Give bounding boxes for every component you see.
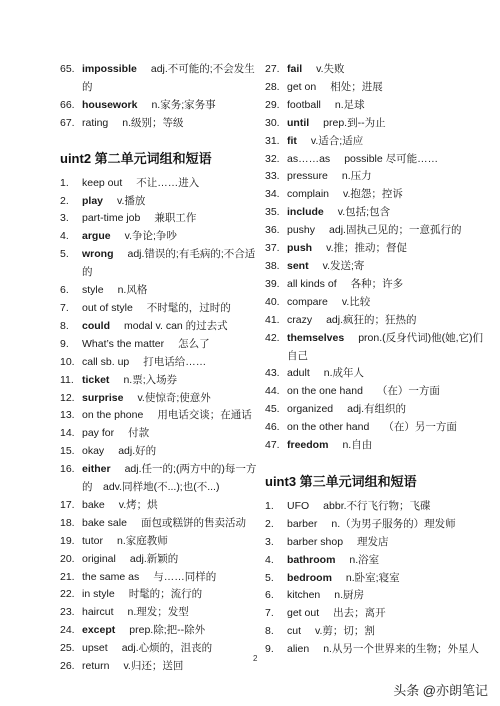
item-body: keep out不让……进入 <box>82 175 260 193</box>
item-body: all kinds of各种；许多 <box>287 276 485 294</box>
vocab-item: 11.ticketn.票;入场券 <box>60 372 260 390</box>
vocab-word: bake sale <box>82 517 127 529</box>
vocab-item: 36.pushyadj.固执己见的；一意孤行的 <box>265 222 485 240</box>
vocab-item: 42.themselvespron.(反身代词)他(她,它)们自己 <box>265 330 485 366</box>
item-body: out of style不时髦的，过时的 <box>82 300 260 318</box>
item-number: 17. <box>60 497 82 515</box>
item-body: the same as与……同样的 <box>82 569 260 587</box>
item-body: on the other hand（在）另一方面 <box>287 419 485 437</box>
vocab-word: include <box>287 206 324 218</box>
vocab-item: 20.originaladj.新颖的 <box>60 551 260 569</box>
item-number: 41. <box>265 312 287 330</box>
vocab-definition: v.包括;包含 <box>338 206 390 218</box>
vocab-item: 7.out of style不时髦的，过时的 <box>60 300 260 318</box>
item-number: 34. <box>265 186 287 204</box>
vocab-item: 8.cutv.剪；切；割 <box>265 623 485 641</box>
item-number: 16. <box>60 461 82 497</box>
vocab-item: 66.houseworkn.家务;家务事 <box>60 97 260 115</box>
vocab-item: 21.the same as与……同样的 <box>60 569 260 587</box>
item-body: playv.播放 <box>82 193 260 211</box>
item-body: as……aspossible 尽可能…… <box>287 151 485 169</box>
item-body: comparev.比较 <box>287 294 485 312</box>
item-body: originaladj.新颖的 <box>82 551 260 569</box>
vocab-item: 44.on the one hand（在）一方面 <box>265 383 485 401</box>
item-body: on the phone用电话交谈；在通话 <box>82 407 260 425</box>
vocab-word: tutor <box>82 535 103 547</box>
unit2-list: 1.keep out不让……进入2.playv.播放3.part-time jo… <box>60 175 260 676</box>
vocab-item: 25.upsetadj.心烦的，沮丧的 <box>60 640 260 658</box>
vocab-word: crazy <box>287 314 312 326</box>
vocab-definition: v.适合;适应 <box>311 135 363 147</box>
vocab-item: 32.as……aspossible 尽可能…… <box>265 151 485 169</box>
item-number: 7. <box>60 300 82 318</box>
vocab-item: 12.surprisev.使惊奇;使意外 <box>60 390 260 408</box>
vocab-definition: 兼职工作 <box>154 212 196 224</box>
vocab-item: 22.in style时髦的；流行的 <box>60 586 260 604</box>
vocab-definition: prep.到--为止 <box>323 117 385 129</box>
item-number: 26. <box>60 658 82 676</box>
vocab-item: 9.What’s the matter怎么了 <box>60 336 260 354</box>
vocab-item: 18.bake sale面包或糕饼的售卖活动 <box>60 515 260 533</box>
vocab-definition: adj.固执己见的；一意孤行的 <box>329 224 461 236</box>
vocab-item: 28.get on相处；进展 <box>265 79 485 97</box>
vocab-item: 43.adultn.成年人 <box>265 365 485 383</box>
item-number: 7. <box>265 605 287 623</box>
vocab-word: pay for <box>82 427 114 439</box>
item-number: 25. <box>60 640 82 658</box>
item-number: 66. <box>60 97 82 115</box>
vocab-item: 39.all kinds of各种；许多 <box>265 276 485 294</box>
vocab-item: 65.impossibleadj.不可能的;不会发生的 <box>60 61 260 97</box>
vocab-item: 67.ratingn.级别；等级 <box>60 115 260 133</box>
vocab-item: 5.wrongadj.错误的;有毛病的;不合适的 <box>60 246 260 282</box>
vocab-definition: abbr.不行飞行物；飞碟 <box>323 500 430 512</box>
vocab-word: compare <box>287 296 328 308</box>
vocab-definition: n.（为男子服务的）理发师 <box>331 518 455 530</box>
right-column: 27.failv.失败28.get on相处；进展29.footballn.足球… <box>265 61 485 659</box>
vocab-word: pressure <box>287 170 328 182</box>
item-body: cutv.剪；切；割 <box>287 623 485 641</box>
item-number: 8. <box>60 318 82 336</box>
item-number: 6. <box>60 282 82 300</box>
item-number: 37. <box>265 240 287 258</box>
item-body: pressuren.压力 <box>287 168 485 186</box>
vocab-word: freedom <box>287 439 328 451</box>
vocab-definition: n.自由 <box>342 439 372 451</box>
vocab-item: 29.footballn.足球 <box>265 97 485 115</box>
vocab-word: rating <box>82 117 108 129</box>
vocab-definition: adj.疯狂的；狂热的 <box>326 314 416 326</box>
vocab-item: 27.failv.失败 <box>265 61 485 79</box>
vocab-item: 6.kitchenn.厨房 <box>265 587 485 605</box>
vocab-definition: n.压力 <box>342 170 372 182</box>
item-body: sentv.发送;寄 <box>287 258 485 276</box>
vocab-item: 14.pay for付款 <box>60 425 260 443</box>
vocab-item: 35.includev.包括;包含 <box>265 204 485 222</box>
vocab-item: 2.barbern.（为男子服务的）理发师 <box>265 516 485 534</box>
item-number: 39. <box>265 276 287 294</box>
item-body: arguev.争论;争吵 <box>82 228 260 246</box>
vocab-word: barber shop <box>287 536 343 548</box>
vocab-word: style <box>82 284 104 296</box>
vocab-item: 34.complainv.抱怨；控诉 <box>265 186 485 204</box>
vocab-definition: 与……同样的 <box>153 571 216 583</box>
item-body: alienn.从另一个世界来的生物；外星人 <box>287 641 485 659</box>
vocab-definition: n.理发；发型 <box>128 606 189 618</box>
vocab-word: as……as <box>287 153 330 165</box>
vocab-item: 2.playv.播放 <box>60 193 260 211</box>
item-body: houseworkn.家务;家务事 <box>82 97 260 115</box>
item-number: 5. <box>265 570 287 588</box>
item-body: bedroomn.卧室;寝室 <box>287 570 485 588</box>
vocab-word: on the one hand <box>287 385 363 397</box>
item-number: 9. <box>265 641 287 659</box>
vocab-word: except <box>82 624 115 636</box>
item-number: 4. <box>265 552 287 570</box>
item-number: 11. <box>60 372 82 390</box>
vocab-definition: n.从另一个世界来的生物；外星人 <box>323 643 479 655</box>
item-body: bake sale面包或糕饼的售卖活动 <box>82 515 260 533</box>
vocab-item: 8.couldmodal v. can 的过去式 <box>60 318 260 336</box>
vocab-word: pushy <box>287 224 315 236</box>
vocab-definition: （在）另一方面 <box>383 421 457 433</box>
item-body: failv.失败 <box>287 61 485 79</box>
item-body: What’s the matter怎么了 <box>82 336 260 354</box>
vocab-definition: v.烤；烘 <box>119 499 158 511</box>
item-body: in style时髦的；流行的 <box>82 586 260 604</box>
vocab-definition: n.成年人 <box>324 367 364 379</box>
vocab-item: 31.fitv.适合;适应 <box>265 133 485 151</box>
vocab-definition: adj.好的 <box>118 445 156 457</box>
item-number: 42. <box>265 330 287 366</box>
vocab-item: 24.exceptprep.除;把--除外 <box>60 622 260 640</box>
vocab-item: 33.pressuren.压力 <box>265 168 485 186</box>
vocab-definition: n.足球 <box>335 99 365 111</box>
vocab-definition: n.级别；等级 <box>122 117 183 129</box>
item-number: 43. <box>265 365 287 383</box>
vocab-item: 5.bedroomn.卧室;寝室 <box>265 570 485 588</box>
item-body: pay for付款 <box>82 425 260 443</box>
vocab-definition: n.卧室;寝室 <box>346 572 400 584</box>
vocab-word: bake <box>82 499 105 511</box>
vocab-definition: 用电话交谈；在通话 <box>157 409 252 421</box>
vocab-word: sent <box>287 260 309 272</box>
item-body: bathroomn.浴室 <box>287 552 485 570</box>
vocab-definition: 相处；进展 <box>330 81 383 93</box>
item-number: 24. <box>60 622 82 640</box>
vocab-definition: n.厨房 <box>334 589 364 601</box>
vocab-item: 7.get out出去；离开 <box>265 605 485 623</box>
item-body: okayadj.好的 <box>82 443 260 461</box>
item-body: footballn.足球 <box>287 97 485 115</box>
item-number: 23. <box>60 604 82 622</box>
vocab-word: wrong <box>82 248 114 260</box>
vocab-definition: modal v. can 的过去式 <box>124 320 228 332</box>
vocab-item: 47.freedomn.自由 <box>265 437 485 455</box>
vocab-definition: v.抱怨；控诉 <box>343 188 403 200</box>
vocab-definition: 不时髦的，过时的 <box>147 302 231 314</box>
section-heading-unit2: uint2 第二单元词组和短语 <box>60 150 260 168</box>
vocab-item: 37.pushv.推；推动；督促 <box>265 240 485 258</box>
item-number: 28. <box>265 79 287 97</box>
item-number: 32. <box>265 151 287 169</box>
item-number: 15. <box>60 443 82 461</box>
item-body: fitv.适合;适应 <box>287 133 485 151</box>
vocab-word: organized <box>287 403 333 415</box>
item-number: 20. <box>60 551 82 569</box>
item-body: bakev.烤；烘 <box>82 497 260 515</box>
item-body: impossibleadj.不可能的;不会发生的 <box>82 61 260 97</box>
vocab-definition: n.家庭教师 <box>117 535 168 547</box>
vocab-word: alien <box>287 643 309 655</box>
item-number: 27. <box>265 61 287 79</box>
section-heading-unit3: uint3 第三单元词组和短语 <box>265 473 485 491</box>
item-number: 67. <box>60 115 82 133</box>
item-number: 2. <box>60 193 82 211</box>
item-number: 5. <box>60 246 82 282</box>
vocab-item: 9.alienn.从另一个世界来的生物；外星人 <box>265 641 485 659</box>
item-number: 44. <box>265 383 287 401</box>
item-number: 12. <box>60 390 82 408</box>
vocab-word: argue <box>82 230 111 242</box>
vocab-definition: 打电话给…… <box>143 356 206 368</box>
item-body: UFOabbr.不行飞行物；飞碟 <box>287 498 485 516</box>
vocab-word: call sb. up <box>82 356 129 368</box>
item-number: 2. <box>265 516 287 534</box>
vocab-word: housework <box>82 99 137 111</box>
item-body: returnv.归还；送回 <box>82 658 260 676</box>
vocab-definition: v.争论;争吵 <box>125 230 177 242</box>
item-body: get on相处；进展 <box>287 79 485 97</box>
vocab-item: 16.eitheradj.任一的;(两方中的)每一方的 adv.同样地(不...… <box>60 461 260 497</box>
item-body: includev.包括;包含 <box>287 204 485 222</box>
vocab-word: return <box>82 660 109 672</box>
vocab-item: 15.okayadj.好的 <box>60 443 260 461</box>
left-column: 65.impossibleadj.不可能的;不会发生的66.houseworkn… <box>60 61 260 676</box>
item-number: 3. <box>265 534 287 552</box>
vocab-word: adult <box>287 367 310 379</box>
vocab-item: 4.arguev.争论;争吵 <box>60 228 260 246</box>
item-number: 21. <box>60 569 82 587</box>
item-number: 1. <box>60 175 82 193</box>
vocab-word: What’s the matter <box>82 338 164 350</box>
vocab-definition: 付款 <box>128 427 149 439</box>
vocab-definition: 不让……进入 <box>136 177 199 189</box>
vocab-definition: v.播放 <box>117 195 145 207</box>
vocab-word: fit <box>287 135 297 147</box>
vocab-definition: （在）一方面 <box>377 385 440 397</box>
vocab-word: okay <box>82 445 104 457</box>
item-number: 38. <box>265 258 287 276</box>
vocab-item: 4.bathroomn.浴室 <box>265 552 485 570</box>
vocab-item: 6.stylen.风格 <box>60 282 260 300</box>
watermark: 头条 @亦朗笔记 <box>393 680 488 699</box>
item-number: 35. <box>265 204 287 222</box>
item-body: tutorn.家庭教师 <box>82 533 260 551</box>
item-body: stylen.风格 <box>82 282 260 300</box>
vocab-word: bathroom <box>287 554 335 566</box>
vocab-definition: n.家务;家务事 <box>151 99 215 111</box>
item-number: 47. <box>265 437 287 455</box>
item-body: haircutn.理发；发型 <box>82 604 260 622</box>
vocab-definition: n.票;入场券 <box>123 374 177 386</box>
item-number: 36. <box>265 222 287 240</box>
item-body: barbern.（为男子服务的）理发师 <box>287 516 485 534</box>
vocab-word: ticket <box>82 374 109 386</box>
vocab-word: bedroom <box>287 572 332 584</box>
vocab-word: out of style <box>82 302 133 314</box>
item-body: crazyadj.疯狂的；狂热的 <box>287 312 485 330</box>
item-number: 3. <box>60 210 82 228</box>
item-body: upsetadj.心烦的，沮丧的 <box>82 640 260 658</box>
vocab-word: play <box>82 195 103 207</box>
vocab-definition: v.比较 <box>342 296 370 308</box>
item-body: couldmodal v. can 的过去式 <box>82 318 260 336</box>
vocab-item: 46.on the other hand（在）另一方面 <box>265 419 485 437</box>
vocab-word: on the phone <box>82 409 143 421</box>
item-number: 8. <box>265 623 287 641</box>
vocab-item: 41.crazyadj.疯狂的；狂热的 <box>265 312 485 330</box>
vocab-item: 19.tutorn.家庭教师 <box>60 533 260 551</box>
vocab-item: 38.sentv.发送;寄 <box>265 258 485 276</box>
vocab-word: UFO <box>287 500 309 512</box>
vocab-word: themselves <box>287 332 344 344</box>
unit2-list-continued: 27.failv.失败28.get on相处；进展29.footballn.足球… <box>265 61 485 455</box>
item-body: eitheradj.任一的;(两方中的)每一方的 adv.同样地(不...);也… <box>82 461 260 497</box>
vocab-definition: prep.除;把--除外 <box>129 624 205 636</box>
vocab-definition: 面包或糕饼的售卖活动 <box>141 517 246 529</box>
vocab-word: impossible <box>82 63 137 75</box>
vocab-item: 10.call sb. up打电话给…… <box>60 354 260 372</box>
vocab-word: complain <box>287 188 329 200</box>
vocab-word: original <box>82 553 116 565</box>
vocab-definition: 时髦的；流行的 <box>129 588 203 600</box>
item-body: surprisev.使惊奇;使意外 <box>82 390 260 408</box>
vocab-word: fail <box>287 63 302 75</box>
item-body: wrongadj.错误的;有毛病的;不合适的 <box>82 246 260 282</box>
item-body: get out出去；离开 <box>287 605 485 623</box>
vocab-word: haircut <box>82 606 114 618</box>
item-body: kitchenn.厨房 <box>287 587 485 605</box>
vocab-word: all kinds of <box>287 278 337 290</box>
item-number: 9. <box>60 336 82 354</box>
vocab-item: 40.comparev.比较 <box>265 294 485 312</box>
vocab-item: 3.part-time job兼职工作 <box>60 210 260 228</box>
item-body: pushyadj.固执己见的；一意孤行的 <box>287 222 485 240</box>
vocab-definition: 出去；离开 <box>333 607 386 619</box>
item-body: themselvespron.(反身代词)他(她,它)们自己 <box>287 330 485 366</box>
vocab-definition: adj.新颖的 <box>130 553 178 565</box>
vocab-word: in style <box>82 588 115 600</box>
vocab-item: 3.barber shop理发店 <box>265 534 485 552</box>
vocab-word: keep out <box>82 177 122 189</box>
item-number: 31. <box>265 133 287 151</box>
item-body: pushv.推；推动；督促 <box>287 240 485 258</box>
item-number: 4. <box>60 228 82 246</box>
item-body: barber shop理发店 <box>287 534 485 552</box>
vocab-word: on the other hand <box>287 421 369 433</box>
vocab-word: either <box>82 463 111 475</box>
item-body: call sb. up打电话给…… <box>82 354 260 372</box>
item-number: 13. <box>60 407 82 425</box>
item-number: 1. <box>265 498 287 516</box>
unit3-list: 1.UFOabbr.不行飞行物；飞碟2.barbern.（为男子服务的）理发师3… <box>265 498 485 659</box>
vocab-item: 1.UFOabbr.不行飞行物；飞碟 <box>265 498 485 516</box>
item-number: 46. <box>265 419 287 437</box>
vocab-word: the same as <box>82 571 139 583</box>
vocab-word: surprise <box>82 392 123 404</box>
item-number: 29. <box>265 97 287 115</box>
vocab-item: 30.untilprep.到--为止 <box>265 115 485 133</box>
item-body: untilprep.到--为止 <box>287 115 485 133</box>
item-body: on the one hand（在）一方面 <box>287 383 485 401</box>
item-body: exceptprep.除;把--除外 <box>82 622 260 640</box>
vocab-definition: v.推；推动；督促 <box>326 242 407 254</box>
vocab-word: cut <box>287 625 301 637</box>
vocab-word: kitchen <box>287 589 320 601</box>
vocab-word: barber <box>287 518 317 530</box>
vocab-word: push <box>287 242 312 254</box>
vocab-definition: 理发店 <box>357 536 389 548</box>
item-body: freedomn.自由 <box>287 437 485 455</box>
vocab-item: 1.keep out不让……进入 <box>60 175 260 193</box>
vocab-definition: v.剪；切；割 <box>315 625 375 637</box>
item-body: part-time job兼职工作 <box>82 210 260 228</box>
vocab-definition: adj.心烦的，沮丧的 <box>122 642 212 654</box>
item-number: 19. <box>60 533 82 551</box>
item-body: adultn.成年人 <box>287 365 485 383</box>
vocab-definition: v.失败 <box>316 63 344 75</box>
vocab-definition: v.发送;寄 <box>323 260 365 272</box>
vocab-word: could <box>82 320 110 332</box>
vocab-item: 13.on the phone用电话交谈；在通话 <box>60 407 260 425</box>
item-number: 14. <box>60 425 82 443</box>
item-number: 30. <box>265 115 287 133</box>
vocab-definition: 各种；许多 <box>351 278 404 290</box>
item-body: ratingn.级别；等级 <box>82 115 260 133</box>
item-body: organizedadj.有组织的 <box>287 401 485 419</box>
vocab-definition: possible 尽可能…… <box>344 153 438 165</box>
left-top-list: 65.impossibleadj.不可能的;不会发生的66.houseworkn… <box>60 61 260 133</box>
item-body: ticketn.票;入场券 <box>82 372 260 390</box>
vocab-word: get on <box>287 81 316 93</box>
vocab-item: 23.haircutn.理发；发型 <box>60 604 260 622</box>
vocab-definition: v.归还；送回 <box>123 660 183 672</box>
vocab-definition: v.使惊奇;使意外 <box>137 392 210 404</box>
vocab-definition: n.风格 <box>118 284 148 296</box>
vocab-item: 17.bakev.烤；烘 <box>60 497 260 515</box>
vocab-word: get out <box>287 607 319 619</box>
item-number: 6. <box>265 587 287 605</box>
item-number: 33. <box>265 168 287 186</box>
item-number: 65. <box>60 61 82 97</box>
item-number: 18. <box>60 515 82 533</box>
vocab-item: 45.organizedadj.有组织的 <box>265 401 485 419</box>
vocab-word: football <box>287 99 321 111</box>
item-number: 40. <box>265 294 287 312</box>
page-number: 2 <box>253 654 257 663</box>
vocab-definition: n.浴室 <box>349 554 379 566</box>
vocab-word: until <box>287 117 309 129</box>
vocab-word: upset <box>82 642 108 654</box>
vocab-definition: 怎么了 <box>178 338 210 350</box>
vocab-definition: adj.有组织的 <box>347 403 406 415</box>
item-number: 45. <box>265 401 287 419</box>
item-number: 10. <box>60 354 82 372</box>
vocab-item: 26.returnv.归还；送回 <box>60 658 260 676</box>
item-number: 22. <box>60 586 82 604</box>
vocab-word: part-time job <box>82 212 140 224</box>
